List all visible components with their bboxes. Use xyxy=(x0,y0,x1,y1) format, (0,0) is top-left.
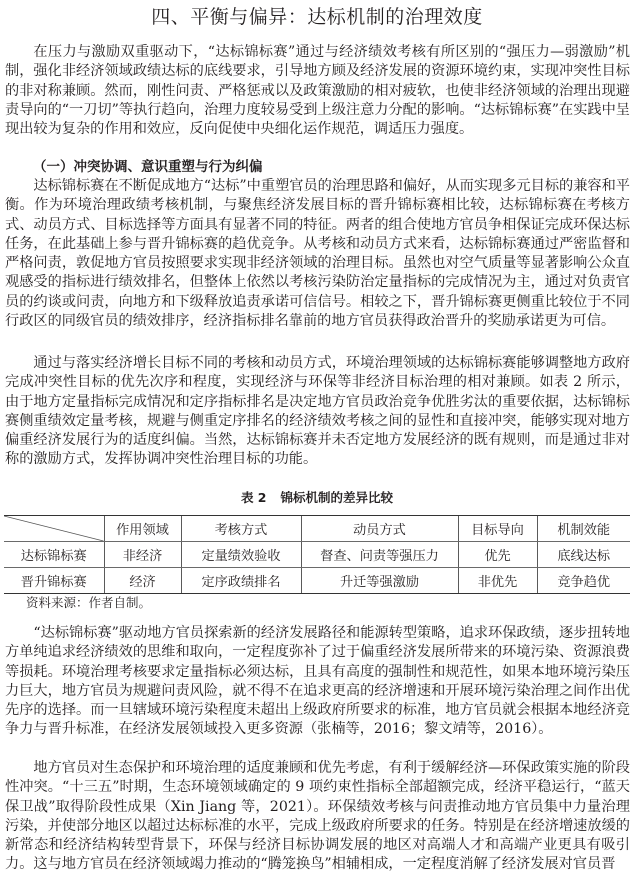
section-title: 四、平衡与偏异：达标机制的治理效度 xyxy=(0,4,634,30)
table-corner-cell xyxy=(4,516,104,542)
table-header-cell: 目标导向 xyxy=(458,516,537,542)
paragraph-body-3: “达标锦标赛”驱动地方官员探索新的经济发展路径和能源转型策略，追求环保政绩，逐步… xyxy=(5,624,630,740)
paragraph-body-1: 达标锦标赛在不断促成地方“达标”中重塑官员的治理思路和偏好，从而实现多元目标的兼… xyxy=(5,177,630,331)
table-number: 表 2 xyxy=(241,490,267,505)
table-title: 锦标机制的差异比较 xyxy=(281,490,394,505)
table-source-note: 资料来源：作者自制。 xyxy=(26,594,151,612)
table-header-row: 作用领域 考核方式 动员方式 目标导向 机制效能 xyxy=(4,516,630,542)
table-cell: 底线达标 xyxy=(537,542,630,568)
table-header-cell: 考核方式 xyxy=(181,516,301,542)
table-row-label: 达标锦标赛 xyxy=(4,542,104,568)
table-cell: 经济 xyxy=(104,568,181,594)
table-header-cell: 作用领域 xyxy=(104,516,181,542)
comparison-table: 作用领域 考核方式 动员方式 目标导向 机制效能 达标锦标赛 非经济 定量绩效验… xyxy=(4,515,630,594)
table-cell: 定序政绩排名 xyxy=(181,568,301,594)
paragraph-intro: 在压力与激励双重驱动下，“达标锦标赛”通过与经济绩效考核有所区别的“强压力—弱激… xyxy=(5,43,630,139)
table-cell: 优先 xyxy=(458,542,537,568)
paragraph-body-4: 地方官员对生态保护和环境治理的适度兼顾和优先考虑，有利于缓解经济—环保政策实施的… xyxy=(5,759,630,875)
table-cell: 升迁等强激励 xyxy=(301,568,458,594)
table-cell: 竞争趋优 xyxy=(537,568,630,594)
table-cell: 督查、问责等强压力 xyxy=(301,542,458,568)
subheading: （一）冲突协调、意识重塑与行为纠偏 xyxy=(33,158,263,177)
table-cell: 非经济 xyxy=(104,542,181,568)
table-header-cell: 机制效能 xyxy=(537,516,630,542)
document-page: 四、平衡与偏异：达标机制的治理效度 在压力与激励双重驱动下，“达标锦标赛”通过与… xyxy=(0,0,634,884)
diagonal-line-icon xyxy=(4,516,104,541)
paragraph-body-2: 通过与落实经济增长目标不同的考核和动员方式，环境治理领域的达标锦标赛能够调整地方… xyxy=(5,354,630,470)
table-cell: 非优先 xyxy=(458,568,537,594)
table-cell: 定量绩效验收 xyxy=(181,542,301,568)
table-header-cell: 动员方式 xyxy=(301,516,458,542)
table-row: 达标锦标赛 非经济 定量绩效验收 督查、问责等强压力 优先 底线达标 xyxy=(4,542,630,568)
table-row-label: 晋升锦标赛 xyxy=(4,568,104,594)
table-row: 晋升锦标赛 经济 定序政绩排名 升迁等强激励 非优先 竞争趋优 xyxy=(4,568,630,594)
table-caption: 表 2锦标机制的差异比较 xyxy=(0,489,634,507)
